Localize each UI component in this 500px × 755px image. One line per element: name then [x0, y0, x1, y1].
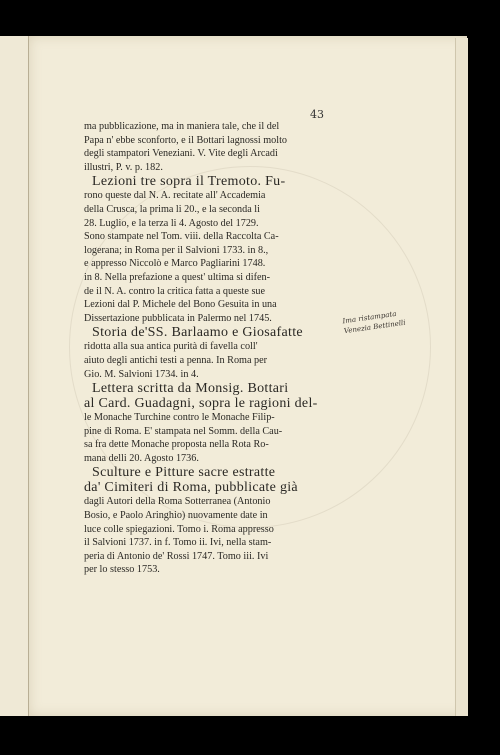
- text-line: Lezioni dal P. Michele del Bono Gesuita …: [84, 298, 344, 312]
- entry-heading: da' Cimiteri di Roma, pubblicate già: [84, 480, 344, 495]
- text-line: rono queste dal N. A. recitate all' Acca…: [84, 189, 344, 203]
- text-line: logerana; in Roma per il Salvioni 1733. …: [84, 244, 344, 258]
- entry-heading: Sculture e Pitture sacre estratte: [84, 465, 344, 480]
- text-line: dagli Autori della Roma Sotterranea (Ant…: [84, 495, 344, 509]
- text-line: mana delli 20. Agosto 1736.: [84, 452, 344, 466]
- entry-heading: Lettera scritta da Monsig. Bottari: [84, 381, 344, 396]
- text-line: Sono stampate nel Tom. viii. della Racco…: [84, 230, 344, 244]
- text-line: Bosio, e Paolo Aringhio) nuovamente date…: [84, 509, 344, 523]
- text-line: peria di Antonio de' Rossi 1747. Tomo ii…: [84, 550, 344, 564]
- text-line: e appresso Niccolò e Marco Pagliarini 17…: [84, 257, 344, 271]
- text-line: ridotta alla sua antica purità di favell…: [84, 340, 344, 354]
- text-line: aiuto degli antichi testi a penna. In Ro…: [84, 354, 344, 368]
- entry-heading: Storia de'SS. Barlaamo e Giosafatte: [84, 325, 344, 340]
- text-line: in 8. Nella prefazione a quest' ultima s…: [84, 271, 344, 285]
- text-line: ma pubblicazione, ma in maniera tale, ch…: [84, 120, 344, 134]
- text-line: Papa n' ebbe sconforto, e il Bottari lag…: [84, 134, 344, 148]
- text-line: 28. Luglio, e la terza li 4. Agosto del …: [84, 217, 344, 231]
- text-line: Dissertazione pubblicata in Palermo nel …: [84, 312, 344, 326]
- text-line: della Crusca, la prima li 20., e la seco…: [84, 203, 344, 217]
- text-line: sa fra dette Monache proposta nella Rota…: [84, 438, 344, 452]
- entry-heading: Lezioni tre sopra il Tremoto. Fu-: [84, 174, 344, 189]
- text-line: illustri, P. v. p. 182.: [84, 161, 344, 175]
- entry-heading: al Card. Guadagni, sopra le ragioni del-: [84, 396, 344, 411]
- text-line: per lo stesso 1753.: [84, 563, 344, 577]
- page-text: ma pubblicazione, ma in maniera tale, ch…: [84, 120, 344, 577]
- text-line: degli stampatori Veneziani. V. Vite degl…: [84, 147, 344, 161]
- text-line: le Monache Turchine contro le Monache Fi…: [84, 411, 344, 425]
- facing-page-edge: [0, 36, 29, 716]
- page-fore-edge: [455, 38, 468, 716]
- text-line: il Salvioni 1737. in f. Tomo ii. Ivi, ne…: [84, 536, 344, 550]
- text-line: de il N. A. contro la critica fatta a qu…: [84, 285, 344, 299]
- text-line: luce colle spiegazioni. Tomo i. Roma app…: [84, 523, 344, 537]
- text-line: Gio. M. Salvioni 1734. in 4.: [84, 368, 344, 382]
- text-line: pine di Roma. E' stampata nel Somm. dell…: [84, 425, 344, 439]
